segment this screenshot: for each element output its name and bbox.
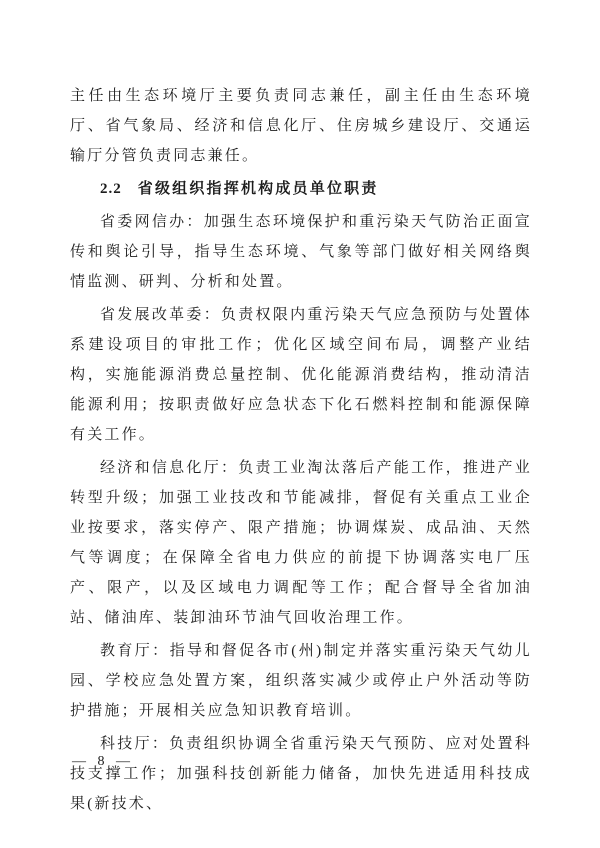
paragraph-education-dept: 教育厅：指导和督促各市(州)制定并落实重污染天气幼儿园、学校应急处置方案，组织落…	[70, 636, 532, 726]
section-title: 省级组织指挥机构成员单位职责	[138, 181, 379, 197]
paragraph-cyberspace-office: 省委网信办：加强生态环境保护和重污染天气防治正面宣传和舆论引导，指导生态环境、气…	[70, 207, 532, 297]
page-number: — 8 —	[72, 751, 134, 773]
paragraph-duty-leaders: 主任由生态环境厅主要负责同志兼任，副主任由生态环境厅、省气象局、经济和信息化厅、…	[70, 81, 532, 171]
paragraph-development-reform-commission: 省发展改革委：负责权限内重污染天气应急预防与处置体系建设项目的审批工作；优化区域…	[70, 300, 532, 450]
paragraph-science-tech-dept: 科技厅：负责组织协调全省重污染天气预防、应对处置科技支撑工作；加强科技创新能力储…	[70, 729, 532, 819]
document-page: 主任由生态环境厅主要负责同志兼任，副主任由生态环境厅、省气象局、经济和信息化厅、…	[0, 0, 600, 848]
section-number: 2.2	[100, 181, 122, 197]
paragraph-economy-information-dept: 经济和信息化厅：负责工业淘汰落后产能工作，推进产业转型升级；加强工业技改和节能减…	[70, 453, 532, 633]
section-heading: 2.2省级组织指挥机构成员单位职责	[70, 174, 532, 204]
document-body: 主任由生态环境厅主要负责同志兼任，副主任由生态环境厅、省气象局、经济和信息化厅、…	[70, 81, 532, 822]
